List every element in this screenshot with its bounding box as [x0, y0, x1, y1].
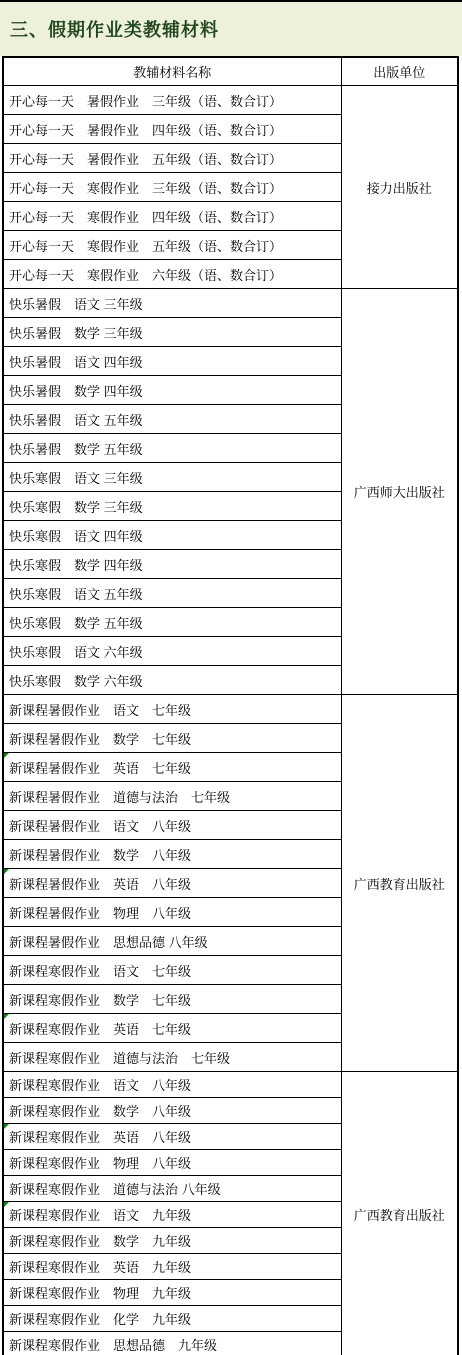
table-row: 快乐暑假 语文 三年级广西师大出版社	[3, 289, 458, 318]
material-name-cell[interactable]: 快乐暑假 数学 三年级	[3, 318, 341, 347]
material-name-cell[interactable]: 快乐寒假 数学 五年级	[3, 608, 341, 637]
material-name-cell[interactable]: 新课程暑假作业 道德与法治 七年级	[3, 782, 341, 811]
publisher-cell[interactable]: 广西教育出版社	[341, 1072, 458, 1355]
material-name-text: 新课程暑假作业 语文 七年级	[9, 703, 191, 718]
material-name-cell[interactable]: 新课程暑假作业 英语 七年级	[3, 753, 341, 782]
material-name-cell[interactable]: 新课程寒假作业 道德与法治 八年级	[3, 1176, 341, 1202]
material-name-cell[interactable]: 新课程寒假作业 数学 七年级	[3, 985, 341, 1014]
material-name-text: 新课程寒假作业 语文 八年级	[9, 1078, 191, 1093]
material-name-text: 新课程寒假作业 英语 七年级	[9, 1022, 191, 1037]
material-name-text: 快乐暑假 语文 四年级	[9, 355, 143, 370]
material-name-cell[interactable]: 新课程寒假作业 数学 八年级	[3, 1098, 341, 1124]
material-name-text: 快乐寒假 数学 五年级	[9, 616, 143, 631]
material-name-text: 新课程寒假作业 语文 七年级	[9, 964, 191, 979]
material-name-text: 新课程寒假作业 数学 八年级	[9, 1104, 191, 1119]
material-name-text: 快乐暑假 语文 三年级	[9, 297, 143, 312]
material-name-text: 快乐寒假 语文 四年级	[9, 529, 143, 544]
material-name-text: 新课程寒假作业 英语 八年级	[9, 1130, 191, 1145]
material-name-cell[interactable]: 快乐暑假 语文 三年级	[3, 289, 341, 318]
material-name-text: 开心每一天 暑假作业 四年级（语、数合订）	[9, 123, 282, 138]
table-row: 开心每一天 暑假作业 三年级（语、数合订）接力出版社	[3, 86, 458, 115]
material-name-cell[interactable]: 新课程寒假作业 思想品德 九年级	[3, 1332, 341, 1355]
table-row: 新课程暑假作业 语文 七年级广西教育出版社	[3, 695, 458, 724]
column-header-name[interactable]: 教辅材料名称	[3, 57, 341, 86]
material-name-cell[interactable]: 快乐寒假 数学 四年级	[3, 550, 341, 579]
material-name-cell[interactable]: 快乐寒假 语文 四年级	[3, 521, 341, 550]
material-name-text: 新课程暑假作业 数学 七年级	[9, 732, 191, 747]
material-name-cell[interactable]: 新课程寒假作业 化学 九年级	[3, 1306, 341, 1332]
material-name-text: 快乐暑假 数学 三年级	[9, 326, 143, 341]
publisher-cell[interactable]: 广西教育出版社	[341, 695, 458, 1072]
cell-flag-icon	[4, 869, 9, 874]
material-name-text: 新课程暑假作业 思想品德 八年级	[9, 935, 208, 950]
material-name-text: 快乐寒假 数学 四年级	[9, 558, 143, 573]
material-name-cell[interactable]: 新课程暑假作业 思想品德 八年级	[3, 927, 341, 956]
material-name-cell[interactable]: 新课程暑假作业 物理 八年级	[3, 898, 341, 927]
material-name-text: 快乐暑假 语文 五年级	[9, 413, 143, 428]
material-name-text: 新课程寒假作业 道德与法治 七年级	[9, 1051, 230, 1066]
material-name-cell[interactable]: 快乐寒假 语文 三年级	[3, 463, 341, 492]
header-row: 教辅材料名称 出版单位	[3, 57, 458, 86]
material-name-cell[interactable]: 新课程暑假作业 英语 八年级	[3, 869, 341, 898]
material-name-text: 新课程寒假作业 物理 八年级	[9, 1156, 191, 1171]
material-name-cell[interactable]: 快乐寒假 数学 三年级	[3, 492, 341, 521]
material-name-cell[interactable]: 新课程暑假作业 语文 八年级	[3, 811, 341, 840]
material-name-cell[interactable]: 快乐寒假 数学 六年级	[3, 666, 341, 695]
material-name-cell[interactable]: 快乐寒假 语文 六年级	[3, 637, 341, 666]
material-name-cell[interactable]: 新课程寒假作业 英语 九年级	[3, 1254, 341, 1280]
material-name-text: 开心每一天 寒假作业 三年级（语、数合订）	[9, 181, 282, 196]
material-name-text: 快乐暑假 数学 五年级	[9, 442, 143, 457]
material-name-cell[interactable]: 开心每一天 暑假作业 四年级（语、数合订）	[3, 115, 341, 144]
publisher-cell[interactable]: 广西师大出版社	[341, 289, 458, 695]
material-name-text: 新课程暑假作业 物理 八年级	[9, 906, 191, 921]
cell-flag-icon	[4, 1124, 9, 1129]
material-name-cell[interactable]: 新课程寒假作业 数学 九年级	[3, 1228, 341, 1254]
material-name-text: 新课程寒假作业 英语 九年级	[9, 1260, 191, 1275]
material-name-text: 新课程寒假作业 数学 九年级	[9, 1234, 191, 1249]
spreadsheet-region: 三、假期作业类教辅材料 教辅材料名称 出版单位 开心每一天 暑假作业 三年级（语…	[0, 0, 462, 1355]
material-name-cell[interactable]: 新课程寒假作业 语文 七年级	[3, 956, 341, 985]
column-header-publisher[interactable]: 出版单位	[341, 57, 458, 86]
material-name-cell[interactable]: 开心每一天 寒假作业 六年级（语、数合订）	[3, 260, 341, 289]
material-name-cell[interactable]: 新课程寒假作业 物理 八年级	[3, 1150, 341, 1176]
material-name-cell[interactable]: 快乐暑假 语文 四年级	[3, 347, 341, 376]
material-name-text: 新课程暑假作业 语文 八年级	[9, 819, 191, 834]
table-row: 新课程寒假作业 语文 八年级广西教育出版社	[3, 1072, 458, 1098]
material-name-text: 开心每一天 寒假作业 五年级（语、数合订）	[9, 239, 282, 254]
material-name-cell[interactable]: 快乐暑假 数学 四年级	[3, 376, 341, 405]
section-title: 三、假期作业类教辅材料	[10, 16, 219, 42]
material-name-text: 开心每一天 暑假作业 五年级（语、数合订）	[9, 152, 282, 167]
material-name-text: 新课程寒假作业 化学 九年级	[9, 1312, 191, 1327]
material-name-text: 快乐寒假 语文 六年级	[9, 645, 143, 660]
material-name-cell[interactable]: 新课程寒假作业 英语 七年级	[3, 1014, 341, 1043]
material-name-cell[interactable]: 新课程寒假作业 英语 八年级	[3, 1124, 341, 1150]
material-name-cell[interactable]: 新课程寒假作业 语文 九年级	[3, 1202, 341, 1228]
material-name-text: 新课程寒假作业 语文 九年级	[9, 1208, 191, 1223]
material-name-text: 开心每一天 寒假作业 六年级（语、数合订）	[9, 268, 282, 283]
material-name-text: 新课程寒假作业 道德与法治 八年级	[9, 1182, 221, 1197]
cell-flag-icon	[4, 1202, 9, 1207]
material-name-text: 新课程寒假作业 数学 七年级	[9, 993, 191, 1008]
material-name-cell[interactable]: 开心每一天 暑假作业 三年级（语、数合订）	[3, 86, 341, 115]
material-name-text: 新课程暑假作业 英语 八年级	[9, 877, 191, 892]
cell-flag-icon	[4, 753, 9, 758]
material-name-cell[interactable]: 开心每一天 寒假作业 五年级（语、数合订）	[3, 231, 341, 260]
material-name-cell[interactable]: 开心每一天 寒假作业 三年级（语、数合订）	[3, 173, 341, 202]
material-name-cell[interactable]: 新课程寒假作业 物理 九年级	[3, 1280, 341, 1306]
material-name-cell[interactable]: 新课程暑假作业 语文 七年级	[3, 695, 341, 724]
cell-flag-icon	[4, 1014, 9, 1019]
material-name-text: 新课程寒假作业 物理 九年级	[9, 1286, 191, 1301]
material-name-text: 快乐寒假 数学 六年级	[9, 674, 143, 689]
material-name-text: 快乐暑假 数学 四年级	[9, 384, 143, 399]
material-name-text: 新课程暑假作业 数学 八年级	[9, 848, 191, 863]
section-title-band: 三、假期作业类教辅材料	[0, 2, 462, 56]
material-name-text: 新课程寒假作业 思想品德 九年级	[9, 1338, 217, 1353]
material-name-cell[interactable]: 新课程暑假作业 数学 七年级	[3, 724, 341, 753]
publisher-cell[interactable]: 接力出版社	[341, 86, 458, 289]
material-name-text: 新课程暑假作业 道德与法治 七年级	[9, 790, 230, 805]
material-name-cell[interactable]: 开心每一天 寒假作业 四年级（语、数合订）	[3, 202, 341, 231]
material-name-text: 快乐寒假 语文 五年级	[9, 587, 143, 602]
material-name-cell[interactable]: 快乐暑假 语文 五年级	[3, 405, 341, 434]
material-name-cell[interactable]: 快乐暑假 数学 五年级	[3, 434, 341, 463]
material-name-cell[interactable]: 新课程寒假作业 语文 八年级	[3, 1072, 341, 1098]
material-name-text: 开心每一天 暑假作业 三年级（语、数合订）	[9, 94, 282, 109]
material-name-text: 开心每一天 寒假作业 四年级（语、数合订）	[9, 210, 282, 225]
material-name-text: 新课程暑假作业 英语 七年级	[9, 761, 191, 776]
materials-table-body: 开心每一天 暑假作业 三年级（语、数合订）接力出版社开心每一天 暑假作业 四年级…	[3, 86, 458, 1355]
materials-table: 教辅材料名称 出版单位 开心每一天 暑假作业 三年级（语、数合订）接力出版社开心…	[2, 56, 459, 1355]
material-name-cell[interactable]: 新课程暑假作业 数学 八年级	[3, 840, 341, 869]
material-name-text: 快乐寒假 语文 三年级	[9, 471, 143, 486]
material-name-cell[interactable]: 快乐寒假 语文 五年级	[3, 579, 341, 608]
material-name-cell[interactable]: 新课程寒假作业 道德与法治 七年级	[3, 1043, 341, 1072]
material-name-text: 快乐寒假 数学 三年级	[9, 500, 143, 515]
material-name-cell[interactable]: 开心每一天 暑假作业 五年级（语、数合订）	[3, 144, 341, 173]
